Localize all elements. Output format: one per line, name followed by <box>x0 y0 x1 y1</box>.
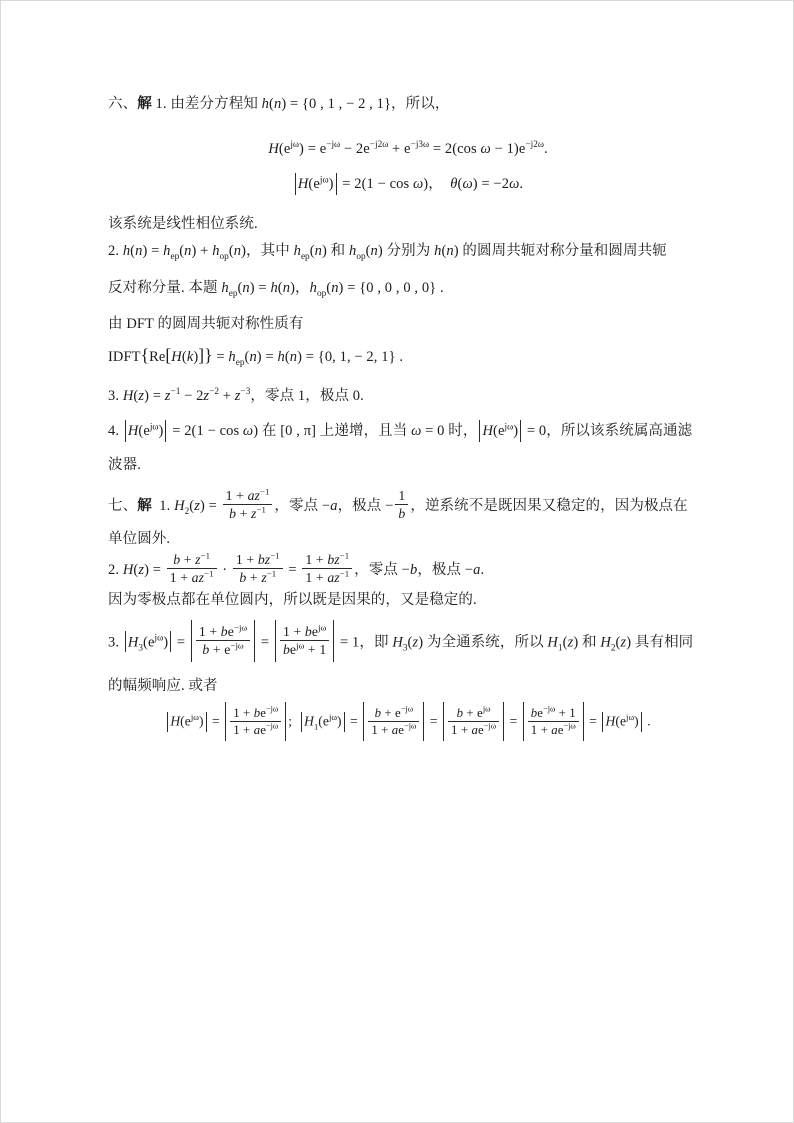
equation-6-magnitude-phase: H(ejω) = 2(1 − cos ω)， θ(ω) = −2ω. <box>108 174 708 196</box>
solution-6-intro-line: 六、解 1. 由差分方程知 h(n) = {0 , 1 , − 2 , 1}，所… <box>108 95 708 115</box>
document-page: 六、解 1. 由差分方程知 h(n) = {0 , 1 , − 2 , 1}，所… <box>0 0 794 1123</box>
text-6-4-line2: 波器. <box>108 456 708 476</box>
text-6-2-dft-property: 由 DFT 的圆周共轭对称性质有 <box>108 315 708 335</box>
text-7-3-line2: 的幅频响应. 或者 <box>108 677 708 697</box>
text-6-3-transfer-function: 3. H(z) = z−1 − 2z−2 + z−3，零点 1，极点 0. <box>108 387 708 407</box>
text-6-4-line1: 4. H(ejω) = 2(1 − cos ω) 在 [0 , π] 上递增，且… <box>108 421 708 443</box>
equation-6-frequency-response: H(ejω) = e−jω − 2e−j2ω + e−j3ω = 2(cos ω… <box>108 140 708 160</box>
text-7-1-line2: 单位圆外. <box>108 530 708 550</box>
text-7-3-line1: 3. H3(ejω) = 1 + be−jωb + e−jω = 1 + bej… <box>108 622 708 664</box>
text-6-2-line1: 2. h(n) = hep(n) + hop(n)，其中 hep(n) 和 ho… <box>108 242 708 262</box>
text-7-1-line1: 七、解 1. H2(z) = 1 + az−1b + z−1，零点 −a，极点 … <box>108 489 708 524</box>
document-content: 六、解 1. 由差分方程知 h(n) = {0 , 1 , − 2 , 1}，所… <box>108 1 708 742</box>
text-6-2-line2: 反对称分量. 本题 hep(n) = h(n)，hop(n) = {0 , 0 … <box>108 279 708 299</box>
text-7-2-conclusion: 因为零极点都在单位圆内，所以既是因果的，又是稳定的. <box>108 591 708 611</box>
text-linear-phase-conclusion: 该系统是线性相位系统. <box>108 215 708 235</box>
text-7-2-equation-line: 2. H(z) = b + z−11 + az−1 · 1 + bz−1b + … <box>108 553 708 588</box>
equation-7-3-magnitude-equality: H(ejω) = 1 + be−jω1 + ae−jω; H1(ejω) = b… <box>108 703 708 742</box>
equation-6-2-idft: IDFT{Re[H(k)]} = hep(n) = h(n) = {0, 1, … <box>108 344 708 368</box>
